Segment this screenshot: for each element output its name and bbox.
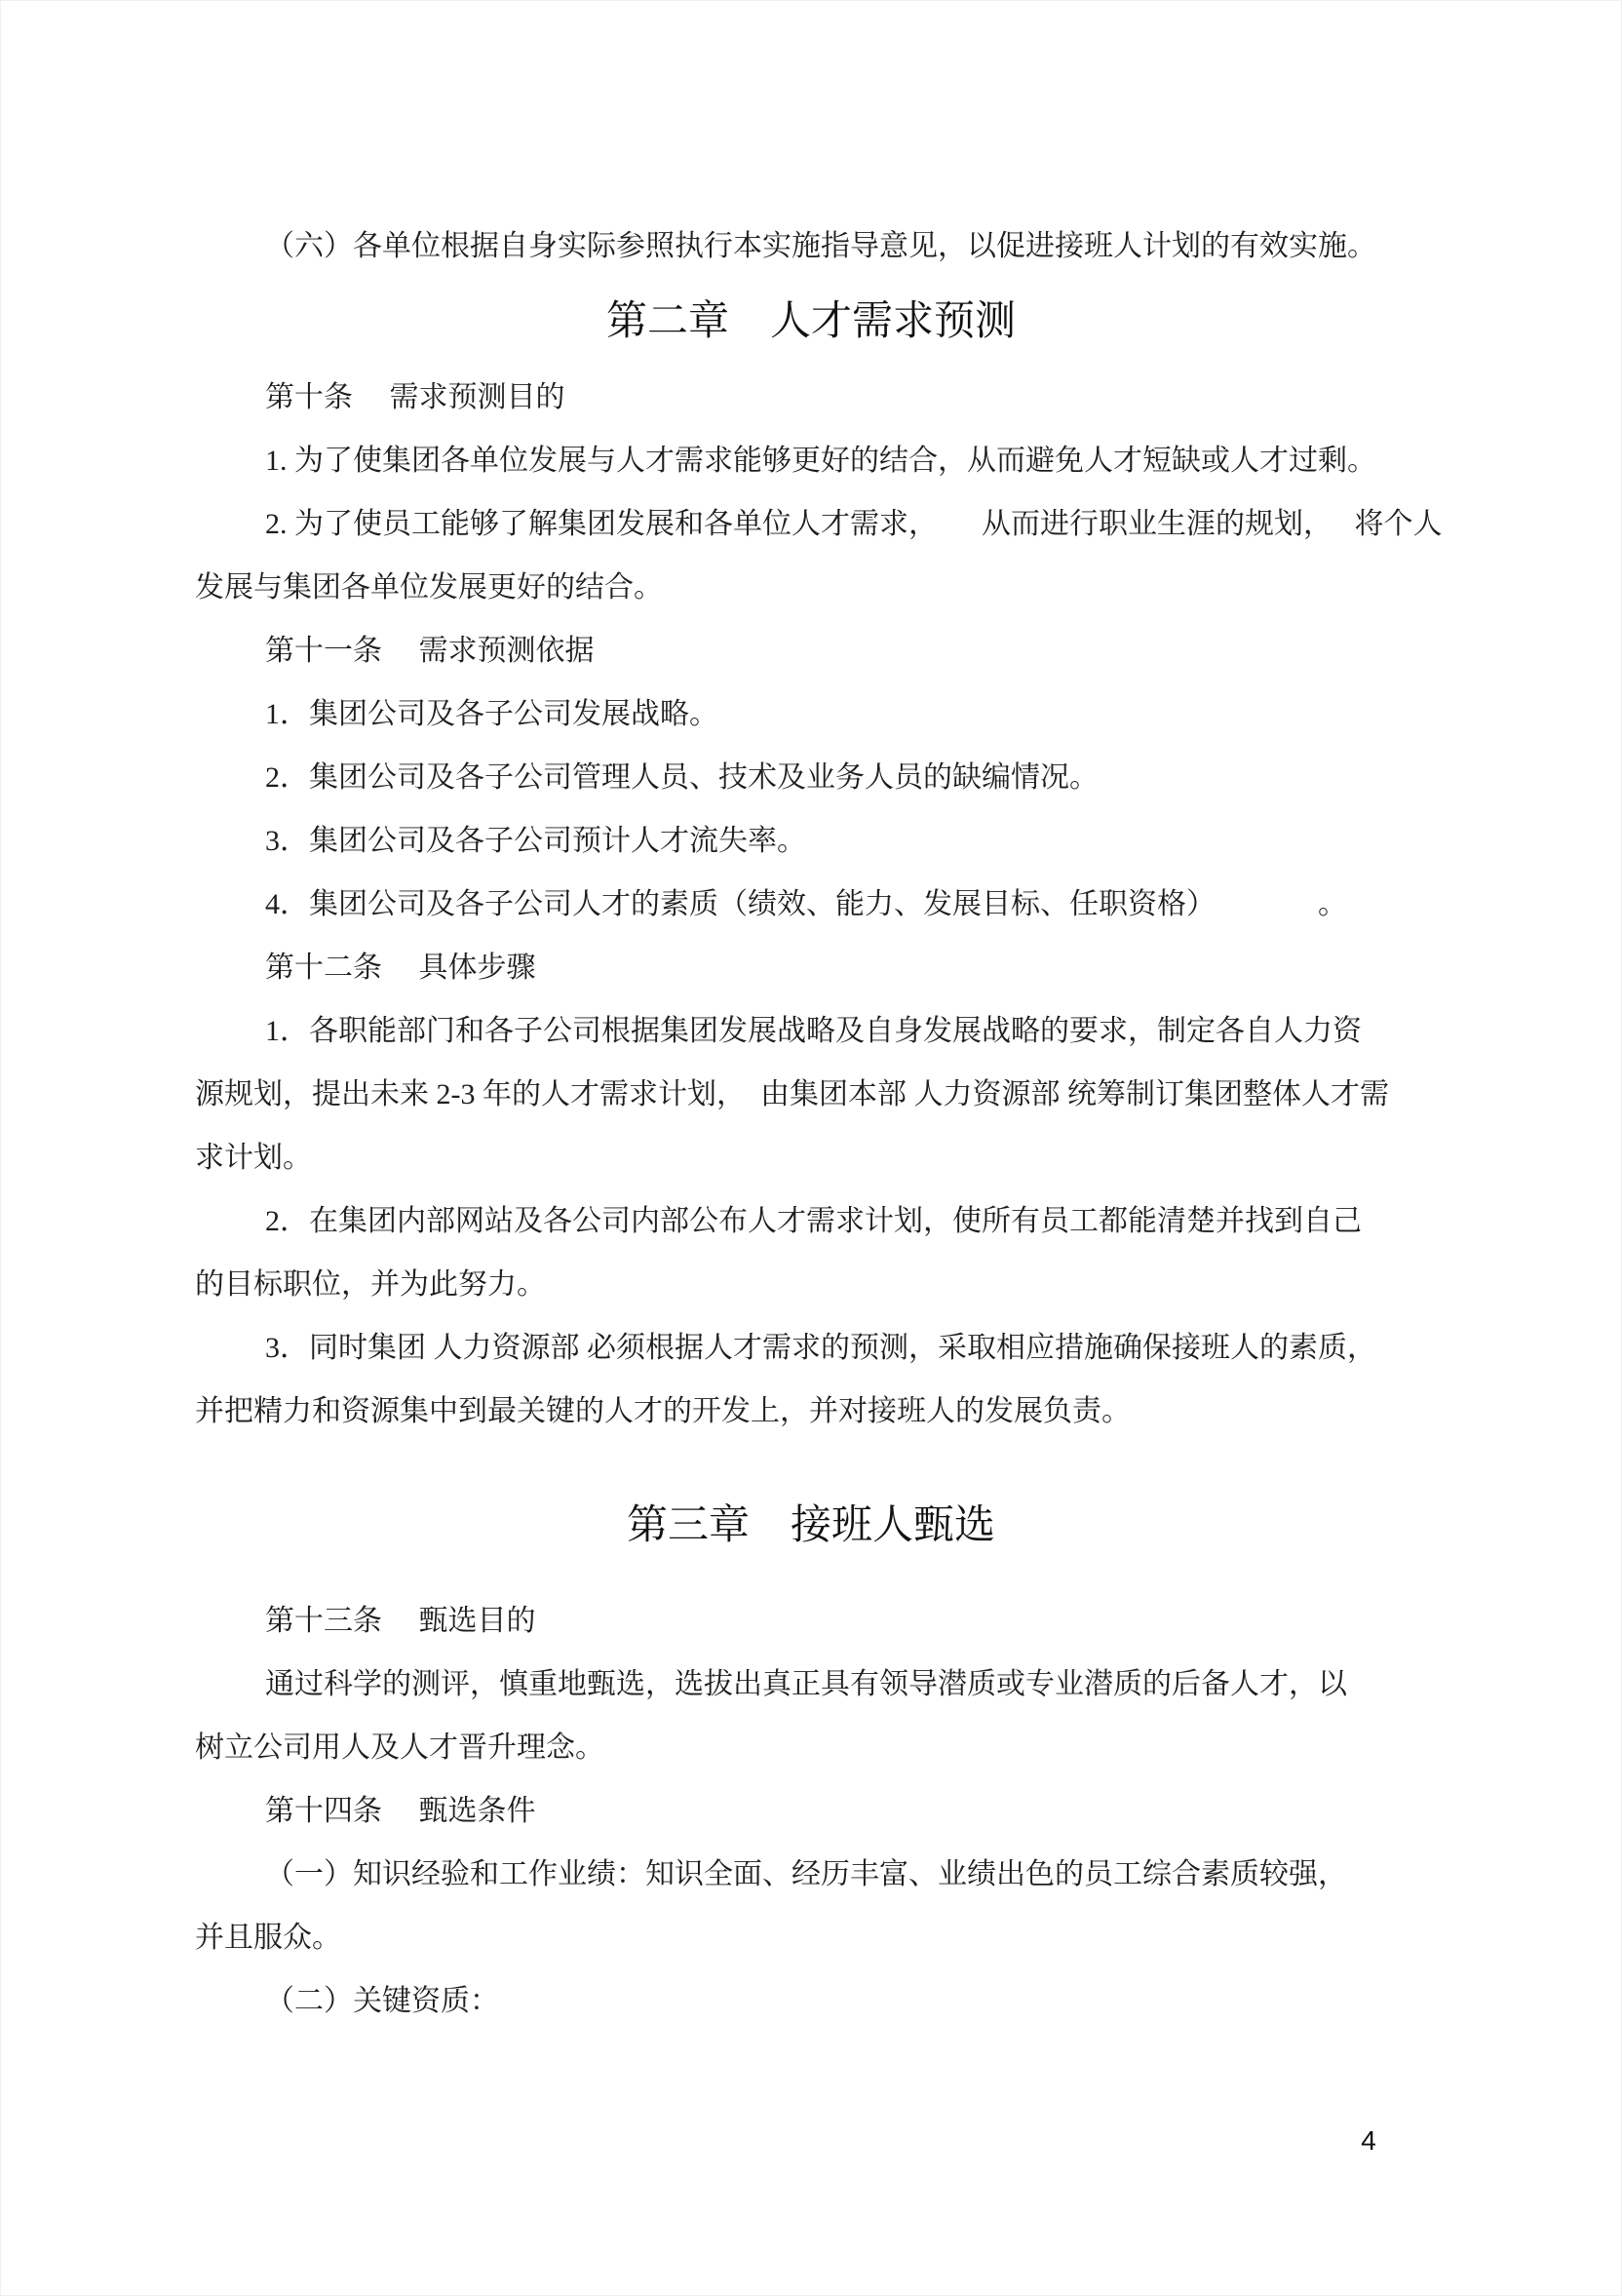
body-line: 1．各职能部门和各子公司根据集团发展战略及自身发展战略的要求，制定各自人力资 xyxy=(195,999,1427,1063)
body-line: （六）各单位根据自身实际参照执行本实施指导意见，以促进接班人计划的有效实施。 xyxy=(195,214,1427,278)
article-heading: 第十条 需求预测目的 xyxy=(195,366,1427,429)
body-line: 并且服众。 xyxy=(195,1906,1427,1969)
body-line: （二）关键资质： xyxy=(195,1969,1427,2033)
body-line: 2. 为了使员工能够了解集团发展和各单位人才需求， 从而进行职业生涯的规划， 将… xyxy=(195,492,1427,556)
body-line: 树立公司用人及人才晋升理念。 xyxy=(195,1716,1427,1779)
chapter-2-heading: 第二章 人才需求预测 xyxy=(195,278,1427,366)
document-page: （六）各单位根据自身实际参照执行本实施指导意见，以促进接班人计划的有效实施。 第… xyxy=(195,214,1427,2033)
page-number: 4 xyxy=(1349,2125,1388,2157)
body-line: 并把精力和资源集中到最关键的人才的开发上，并对接班人的发展负责。 xyxy=(195,1380,1427,1443)
body-line: 4．集团公司及各子公司人才的素质（绩效、能力、发展目标、任职资格） 。 xyxy=(195,873,1427,936)
body-line: 2．集团公司及各子公司管理人员、技术及业务人员的缺编情况。 xyxy=(195,746,1427,809)
body-line: 3．集团公司及各子公司预计人才流失率。 xyxy=(195,809,1427,873)
body-line: 2．在集团内部网站及各公司内部公布人才需求计划，使所有员工都能清楚并找到自己 xyxy=(195,1189,1427,1253)
body-line: 源规划，提出未来 2-3 年的人才需求计划， 由集团本部 人力资源部 统筹制订集… xyxy=(195,1063,1427,1126)
chapter-3-heading: 第三章 接班人甄选 xyxy=(195,1482,1427,1570)
body-line: 3．同时集团 人力资源部 必须根据人才需求的预测，采取相应措施确保接班人的素质， xyxy=(195,1316,1427,1380)
body-line: 求计划。 xyxy=(195,1126,1427,1189)
body-line: 1．集团公司及各子公司发展战略。 xyxy=(195,682,1427,746)
article-heading: 第十二条 具体步骤 xyxy=(195,936,1427,999)
body-line: （一）知识经验和工作业绩：知识全面、经历丰富、业绩出色的员工综合素质较强， xyxy=(195,1843,1427,1906)
article-heading: 第十四条 甄选条件 xyxy=(195,1779,1427,1843)
body-line: 发展与集团各单位发展更好的结合。 xyxy=(195,556,1427,619)
article-heading: 第十三条 甄选目的 xyxy=(195,1589,1427,1653)
body-line: 通过科学的测评，慎重地甄选，选拔出真正具有领导潜质或专业潜质的后备人才，以 xyxy=(195,1653,1427,1716)
article-heading: 第十一条 需求预测依据 xyxy=(195,619,1427,682)
body-line: 的目标职位，并为此努力。 xyxy=(195,1253,1427,1316)
body-line: 1. 为了使集团各单位发展与人才需求能够更好的结合，从而避免人才短缺或人才过剩。 xyxy=(195,429,1427,492)
